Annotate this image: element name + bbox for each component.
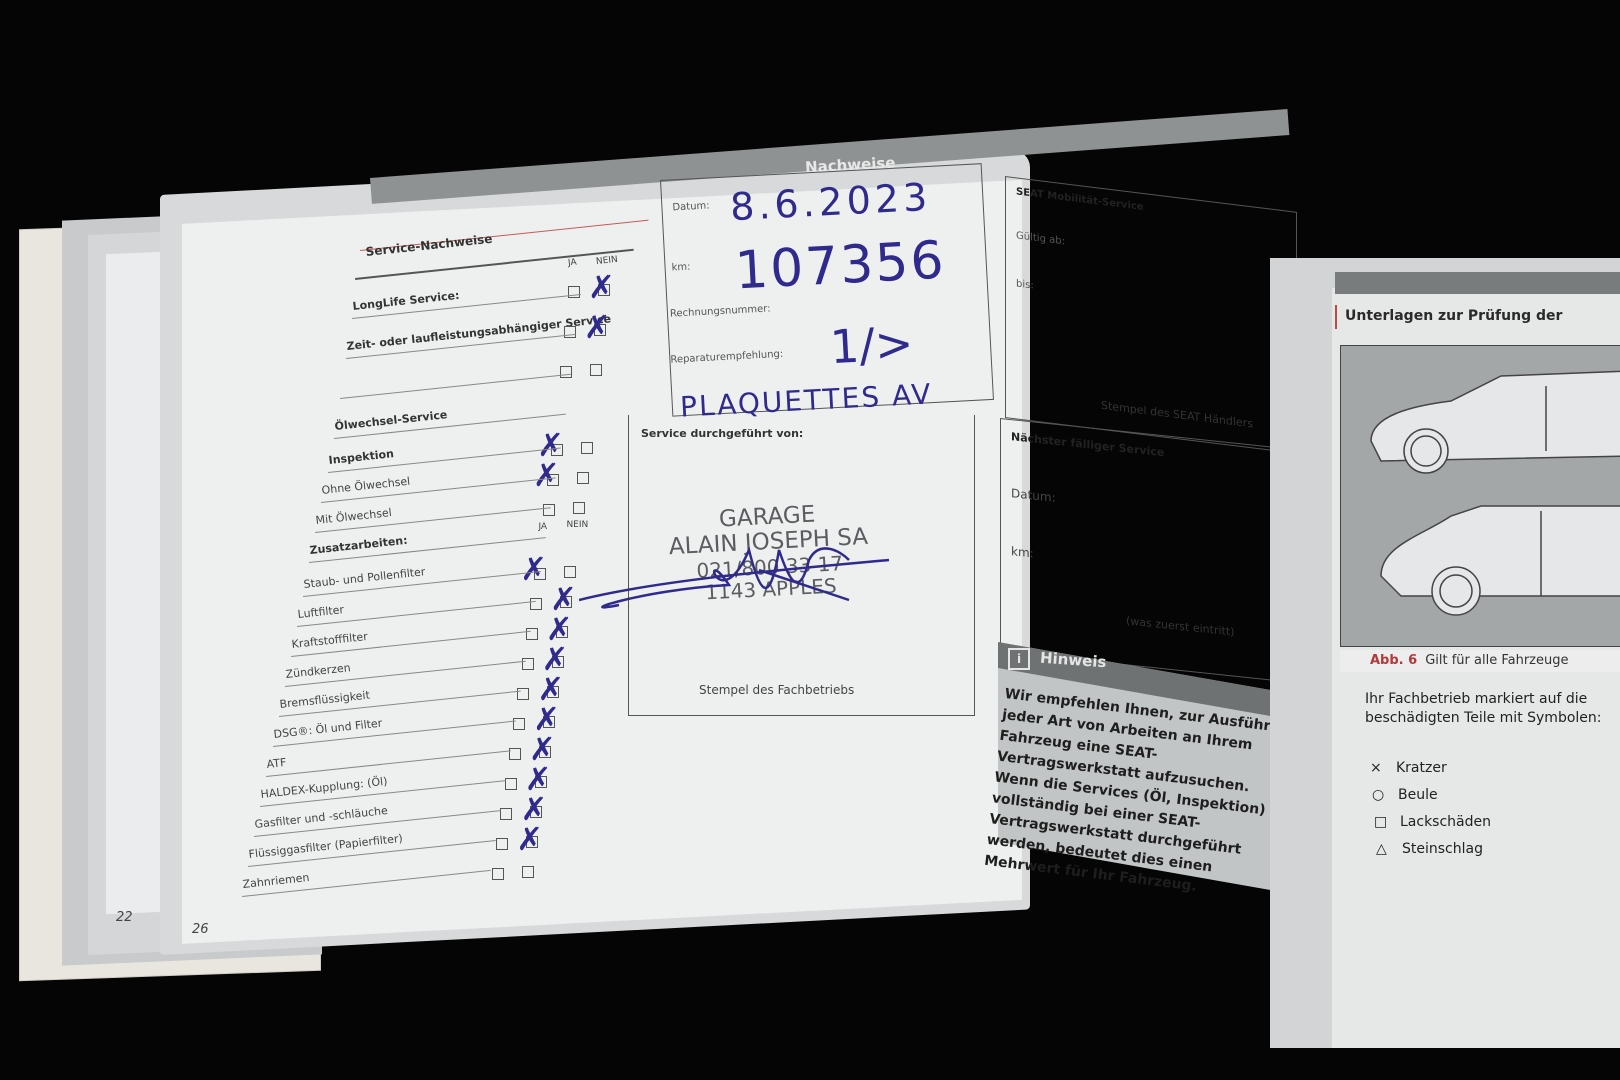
checkbox-ja[interactable] xyxy=(496,838,508,850)
gueltig-label: Gültig ab: xyxy=(1016,230,1065,247)
figure-label: Abb. 6 xyxy=(1370,653,1417,668)
km-value: 107356 xyxy=(734,231,947,302)
checkbox-ja[interactable] xyxy=(530,598,542,610)
legend-symbol-icon: △ xyxy=(1376,841,1402,857)
checkbox-ja[interactable] xyxy=(568,286,580,298)
checkbox-nein[interactable] xyxy=(564,566,576,578)
datum-label: Datum: xyxy=(672,200,710,213)
info-icon: i xyxy=(1008,648,1030,670)
mobility-stamp-caption: Stempel des SEAT Händlers xyxy=(1101,399,1253,431)
rechnung-label: Rechnungsnummer: xyxy=(670,303,771,319)
next-km-label: km: xyxy=(1011,544,1034,560)
checkbox-ja[interactable] xyxy=(526,628,538,640)
legend-item: ×Kratzer xyxy=(1370,760,1447,776)
checkbox-ja[interactable] xyxy=(500,808,512,820)
hinweis-text: Wir empfehlen Ihnen, zur Ausführung jede… xyxy=(983,684,1304,908)
legend-item: △Steinschlag xyxy=(1376,841,1483,857)
mobility-title: SEAT Mobilität-Service xyxy=(1016,186,1144,213)
handwritten-check-ja: ✗ xyxy=(533,456,560,494)
col-ja-header: JA xyxy=(568,258,578,269)
bis-label: bis: xyxy=(1016,278,1034,291)
legend-item: ○Beule xyxy=(1372,787,1438,803)
workshop-stamp-box: Service durchgeführt von: GARAGE ALAIN J… xyxy=(628,415,975,716)
car-damage-figure xyxy=(1340,345,1620,647)
next-datum-label: Datum: xyxy=(1011,486,1056,505)
col-ja-header: JA xyxy=(538,522,547,532)
legend-label: Lackschäden xyxy=(1400,814,1491,830)
checkbox-nein[interactable] xyxy=(573,502,585,514)
mobility-service-box: SEAT Mobilität-Service Gültig ab: bis: S… xyxy=(1005,176,1297,454)
figure-caption: Abb. 6Gilt für alle Fahrzeuge xyxy=(1340,650,1620,672)
legend-symbol-icon: ○ xyxy=(1372,787,1398,803)
title-accent xyxy=(1335,305,1337,329)
legend-symbol-icon: □ xyxy=(1374,814,1400,830)
stamp-caption: Stempel des Fachbetriebs xyxy=(699,683,854,697)
checkbox-ja[interactable] xyxy=(564,326,576,338)
checkbox-ja[interactable] xyxy=(492,868,504,880)
checkbox-nein[interactable] xyxy=(581,442,593,454)
handwritten-check-nein: ✗ xyxy=(516,820,543,858)
legend-label: Steinschlag xyxy=(1402,841,1483,857)
next-service-box: Nächster fälliger Service Datum: km: (wa… xyxy=(1000,418,1302,684)
next-page-title: Unterlagen zur Prüfung der xyxy=(1345,308,1562,324)
figure-caption-text: Gilt für alle Fahrzeuge xyxy=(1425,653,1568,668)
checkbox-ja[interactable] xyxy=(522,658,534,670)
page-number-back: 22 xyxy=(116,910,133,925)
checkbox-nein[interactable] xyxy=(577,472,589,484)
km-label: km: xyxy=(671,262,690,274)
checkbox-nein[interactable] xyxy=(590,364,602,376)
legend-label: Beule xyxy=(1398,787,1438,803)
rechnung-value: 1/> xyxy=(829,316,915,374)
next-page-header-bar xyxy=(1335,272,1620,294)
checkbox-ja[interactable] xyxy=(509,748,521,760)
checklist-label: ATF xyxy=(266,756,287,771)
checkbox-nein[interactable] xyxy=(522,866,534,878)
car-outline-icon xyxy=(1341,346,1620,646)
reparatur-label: Reparaturempfehlung: xyxy=(670,349,783,366)
checkbox-ja[interactable] xyxy=(560,366,572,378)
page-number: 26 xyxy=(192,922,209,937)
col-nein-header: NEIN xyxy=(566,520,588,530)
signature xyxy=(579,530,899,620)
legend-label: Kratzer xyxy=(1396,760,1447,776)
handwritten-check-ja: ✗ xyxy=(520,550,547,588)
legend-item: □Lackschäden xyxy=(1374,814,1491,830)
damage-paragraph: Ihr Fachbetrieb markiert auf die beschäd… xyxy=(1365,690,1620,728)
checkbox-ja[interactable] xyxy=(505,778,517,790)
next-service-title: Nächster fälliger Service xyxy=(1011,430,1164,459)
durchgefuehrt-label: Service durchgeführt von: xyxy=(641,427,803,440)
legend-symbol-icon: × xyxy=(1370,760,1396,776)
handwritten-check-nein: ✗ xyxy=(584,308,611,346)
handwritten-check-nein: ✗ xyxy=(588,268,615,306)
next-service-note: (was zuerst eintritt) xyxy=(1126,614,1234,638)
checkbox-ja[interactable] xyxy=(543,504,555,516)
